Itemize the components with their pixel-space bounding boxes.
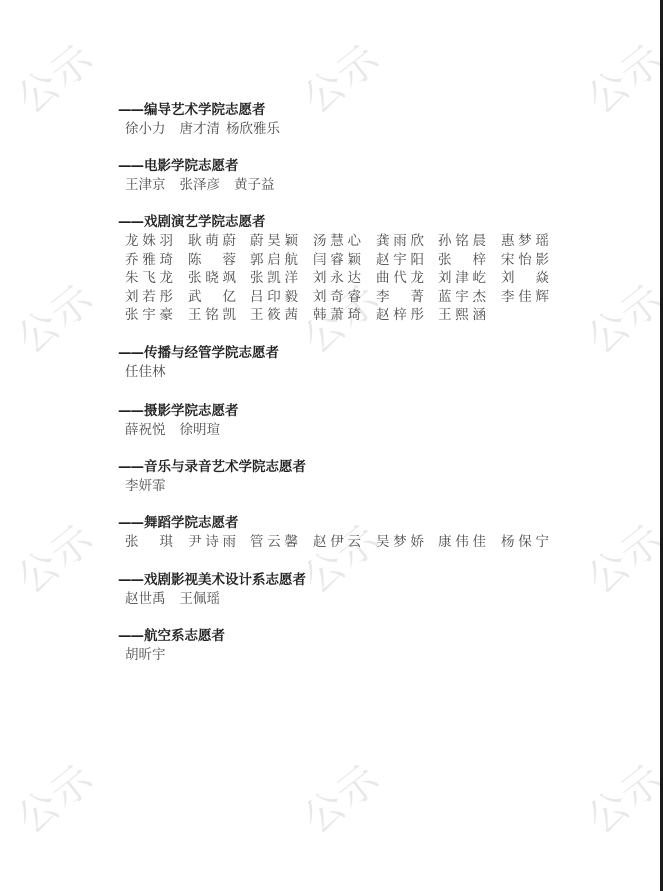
names-row: 张宇豪王铭凯王筱茜韩萧琦赵梓彤王熙涵 <box>118 306 266 325</box>
heading-title: 传播与经管学院志愿者 <box>144 345 279 361</box>
section-7: ——戏剧影视美术设计系志愿者赵世禹王佩瑶 <box>118 571 306 609</box>
heading-dash: —— <box>118 572 143 588</box>
watermark-gongshi: 公示 <box>289 28 390 125</box>
names-row: 龙姝羽耿萌蔚蔚昊颖汤慧心龚雨欣孙铭晨惠梦瑶 <box>118 232 266 251</box>
heading-dash: —— <box>118 459 143 475</box>
section-heading: ——电影学院志愿者 <box>118 157 289 176</box>
heading-title: 航空系志愿者 <box>144 628 225 644</box>
volunteer-name: 张琪 <box>125 533 173 552</box>
section-heading: ——编导艺术学院志愿者 <box>118 101 294 120</box>
heading-dash: —— <box>118 515 143 531</box>
section-heading: ——音乐与录音艺术学院志愿者 <box>118 458 306 477</box>
heading-title: 编导艺术学院志愿者 <box>144 102 266 118</box>
volunteer-name: 武亿 <box>188 288 236 307</box>
volunteer-name: 张凯洋 <box>250 269 298 288</box>
volunteer-name: 刘永达 <box>313 269 361 288</box>
watermark-gongshi: 公示 <box>3 268 104 365</box>
heading-dash: —— <box>118 403 143 419</box>
section-4: ——摄影学院志愿者薛祝悦徐明瑄 <box>118 402 239 440</box>
heading-title: 舞蹈学院志愿者 <box>144 515 239 531</box>
volunteer-name: 刘津屹 <box>438 269 486 288</box>
volunteer-name: 薛祝悦 <box>125 422 166 438</box>
names-row: 胡昕宇 <box>118 646 225 665</box>
watermark-gongshi: 公示 <box>3 28 104 125</box>
volunteer-name: 孙铭晨 <box>438 232 486 251</box>
volunteer-name: 乔雅琦 <box>125 251 173 270</box>
volunteer-name: 王津京 <box>125 177 166 193</box>
volunteer-name: 杨保宁 <box>501 533 549 552</box>
names-row: 赵世禹王佩瑶 <box>118 590 306 609</box>
names-row: 朱飞龙张晓飒张凯洋刘永达曲代龙刘津屹刘焱 <box>118 269 266 288</box>
volunteer-name: 刘若彤 <box>125 288 173 307</box>
volunteer-name: 朱飞龙 <box>125 269 173 288</box>
names-row: 李妍霏 <box>118 477 306 496</box>
volunteer-name: 李妍霏 <box>125 478 166 494</box>
volunteer-name: 闫睿颖 <box>313 251 361 270</box>
volunteer-name: 刘焱 <box>501 269 549 288</box>
section-heading: ——传播与经管学院志愿者 <box>118 344 279 363</box>
volunteer-name: 唐才清 <box>180 121 221 137</box>
volunteer-name: 张泽彦 <box>180 177 221 193</box>
section-8: ——航空系志愿者胡昕宇 <box>118 627 225 665</box>
names-row: 张琪尹诗雨管云馨赵伊云吴梦娇康伟佳杨保宁 <box>118 533 239 552</box>
names-row: 刘若彤武亿吕印毅刘奇睿李菁蓝宇杰李佳辉 <box>118 288 266 307</box>
volunteer-name: 蓝宇杰 <box>438 288 486 307</box>
volunteer-name: 汤慧心 <box>313 232 361 251</box>
heading-title: 电影学院志愿者 <box>144 158 239 174</box>
volunteer-name: 康伟佳 <box>438 533 486 552</box>
heading-dash: —— <box>118 158 143 174</box>
volunteer-name: 惠梦瑶 <box>501 232 549 251</box>
heading-title: 戏剧演艺学院志愿者 <box>144 214 266 230</box>
volunteer-name: 王筱茜 <box>250 306 298 325</box>
names-row: 王津京张泽彦黄子益 <box>118 176 289 195</box>
section-6: ——舞蹈学院志愿者张琪尹诗雨管云馨赵伊云吴梦娇康伟佳杨保宁 <box>118 514 239 552</box>
section-heading: ——航空系志愿者 <box>118 627 225 646</box>
volunteer-name: 韩萧琦 <box>313 306 361 325</box>
watermark-gongshi: 公示 <box>3 508 104 605</box>
names-row: 乔雅琦陈蓉郭启航闫睿颖赵宇阳张梓宋怡影 <box>118 251 266 270</box>
volunteer-name: 赵伊云 <box>313 533 361 552</box>
section-heading: ——戏剧影视美术设计系志愿者 <box>118 571 306 590</box>
volunteer-name: 曲代龙 <box>376 269 424 288</box>
watermark-gongshi: 公示 <box>573 268 663 365</box>
section-0: ——编导艺术学院志愿者徐小力唐才清杨欣雅乐 <box>118 101 294 139</box>
volunteer-name: 龙姝羽 <box>125 232 173 251</box>
volunteer-name: 吴梦娇 <box>376 533 424 552</box>
section-2: ——戏剧演艺学院志愿者龙姝羽耿萌蔚蔚昊颖汤慧心龚雨欣孙铭晨惠梦瑶乔雅琦陈蓉郭启航… <box>118 213 266 325</box>
watermark-gongshi: 公示 <box>573 28 663 125</box>
heading-dash: —— <box>118 345 143 361</box>
heading-dash: —— <box>118 628 143 644</box>
volunteer-name: 徐小力 <box>125 121 166 137</box>
volunteer-name: 张晓飒 <box>188 269 236 288</box>
heading-title: 戏剧影视美术设计系志愿者 <box>144 572 306 588</box>
heading-dash: —— <box>118 102 143 118</box>
names-row: 徐小力唐才清杨欣雅乐 <box>118 120 294 139</box>
volunteer-name: 王熙涵 <box>438 306 486 325</box>
heading-title: 摄影学院志愿者 <box>144 403 239 419</box>
volunteer-name: 黄子益 <box>234 177 275 193</box>
names-row: 任佳林 <box>118 363 279 382</box>
names-row: 薛祝悦徐明瑄 <box>118 421 239 440</box>
section-heading: ——戏剧演艺学院志愿者 <box>118 213 266 232</box>
volunteer-name: 李菁 <box>376 288 424 307</box>
volunteer-name: 陈蓉 <box>188 251 236 270</box>
volunteer-name: 胡昕宇 <box>125 647 166 663</box>
volunteer-name: 杨欣雅乐 <box>226 121 280 137</box>
volunteer-name: 张宇豪 <box>125 306 173 325</box>
volunteer-name: 王佩瑶 <box>180 591 221 607</box>
volunteer-name: 赵世禹 <box>125 591 166 607</box>
volunteer-name: 宋怡影 <box>501 251 549 270</box>
volunteer-name: 张梓 <box>438 251 486 270</box>
volunteer-name: 吕印毅 <box>250 288 298 307</box>
volunteer-name: 郭启航 <box>250 251 298 270</box>
volunteer-name: 龚雨欣 <box>376 232 424 251</box>
volunteer-name: 赵宇阳 <box>376 251 424 270</box>
section-heading: ——摄影学院志愿者 <box>118 402 239 421</box>
volunteer-name: 赵梓彤 <box>376 306 424 325</box>
section-5: ——音乐与录音艺术学院志愿者李妍霏 <box>118 458 306 496</box>
volunteer-name: 王铭凯 <box>188 306 236 325</box>
section-1: ——电影学院志愿者王津京张泽彦黄子益 <box>118 157 289 195</box>
watermark-gongshi: 公示 <box>3 748 104 845</box>
watermark-gongshi: 公示 <box>289 748 390 845</box>
heading-dash: —— <box>118 214 143 230</box>
volunteer-name: 李佳辉 <box>501 288 549 307</box>
volunteer-name: 管云馨 <box>250 533 298 552</box>
section-heading: ——舞蹈学院志愿者 <box>118 514 239 533</box>
volunteer-name: 蔚昊颖 <box>250 232 298 251</box>
heading-title: 音乐与录音艺术学院志愿者 <box>144 459 306 475</box>
section-3: ——传播与经管学院志愿者任佳林 <box>118 344 279 382</box>
watermark-gongshi: 公示 <box>573 748 663 845</box>
volunteer-name: 耿萌蔚 <box>188 232 236 251</box>
volunteer-name: 尹诗雨 <box>188 533 236 552</box>
volunteer-name: 徐明瑄 <box>180 422 221 438</box>
volunteer-name: 刘奇睿 <box>313 288 361 307</box>
watermark-gongshi: 公示 <box>573 508 663 605</box>
volunteer-name: 任佳林 <box>125 364 166 380</box>
